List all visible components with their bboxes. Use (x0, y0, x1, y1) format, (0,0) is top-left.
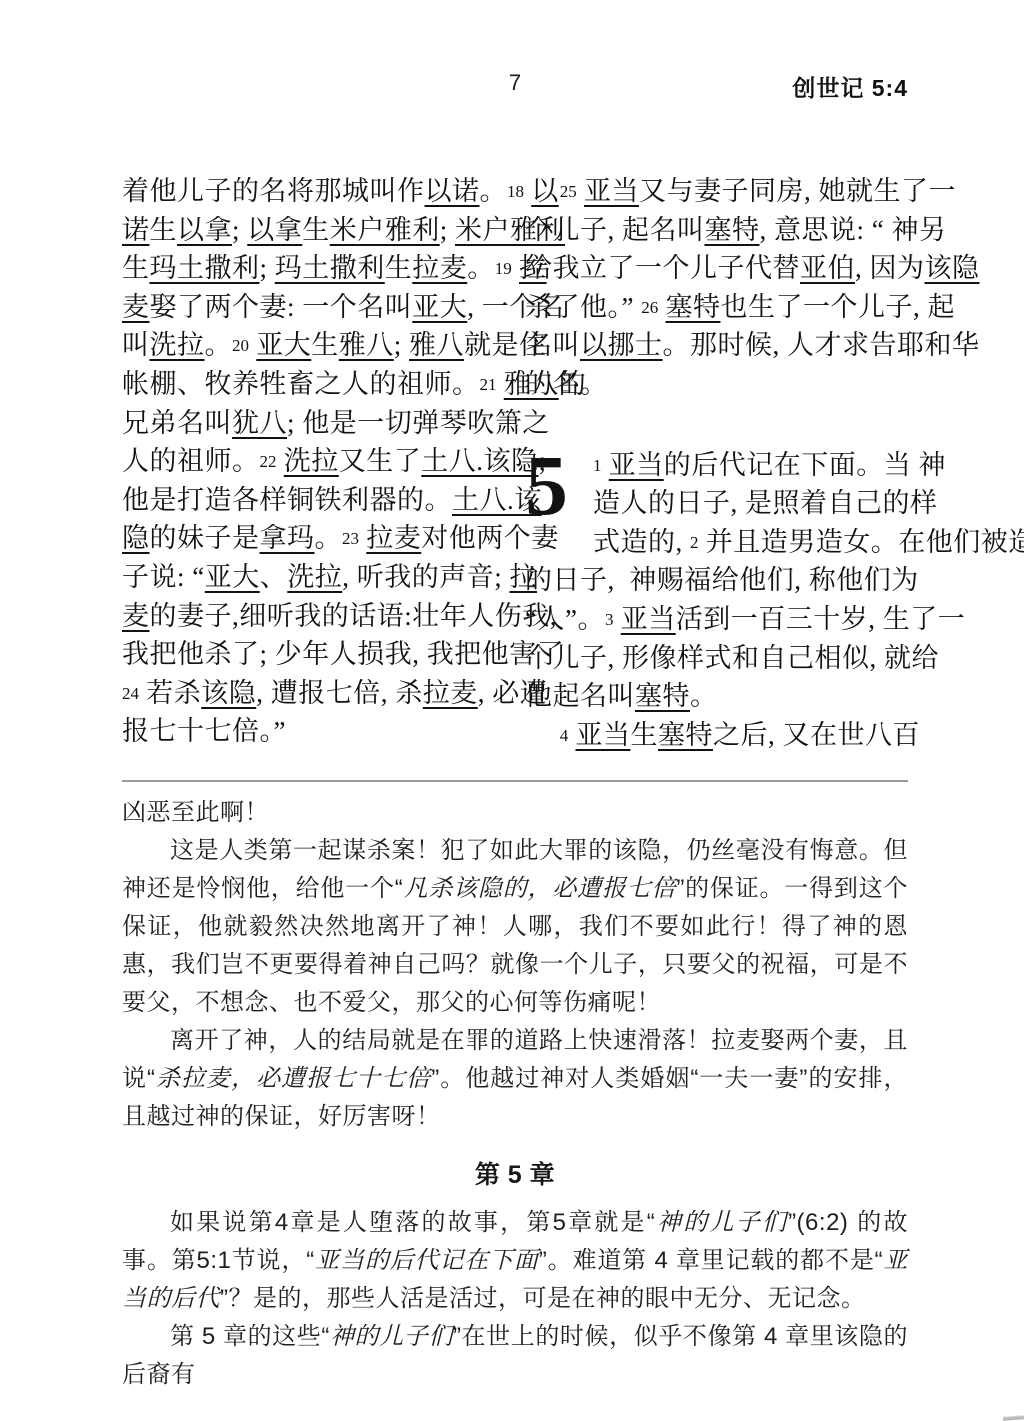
scripture-line: 给我立了一个儿子代替亚伯, 因为该隐 (525, 249, 908, 288)
scripture-two-column-block: 着他儿子的名将那城叫作以诺。18 以诺生以拿; 以拿生米户雅利; 米户雅利生玛土… (122, 172, 908, 754)
chapter-5-block: 5 1 亚当的后代记在下面。当 神造人的日子, 是照着自己的样式造的, 2 并且… (525, 446, 908, 755)
scripture-line: 我把他杀了; 少年人损我, 我把他害了 (122, 635, 505, 674)
scripture-right-column: 25 亚当又与妻子同房, 她就生了一个儿子, 起名叫塞特, 意思说: “ 神另给… (525, 172, 908, 754)
scripture-line: 子说: “亚大、洗拉, 听我的声音; 拉 (122, 558, 505, 597)
proper-name: 玛土撒利 (275, 253, 385, 283)
commentary-chapter-heading: 第 5 章 (122, 1156, 908, 1194)
proper-name: 塞特 (665, 292, 720, 322)
chapter-number-drop-cap: 5 (525, 450, 583, 524)
commentary-paragraphs: 凶恶至此啊！这是人类第一起谋杀案！犯了如此大罪的该隐，仍丝毫没有悔意。但神还是怜… (122, 794, 908, 1136)
proper-name: 拉麦 (366, 523, 421, 553)
proper-name: 以诺 (425, 176, 480, 206)
scripture-line: 隐的妹子是拿玛。23 拉麦对他两个妻 (122, 519, 505, 558)
proper-name: 麦 (122, 601, 150, 631)
verse-number: 1 (593, 456, 602, 475)
commentary-section: 凶恶至此啊！这是人类第一起谋杀案！犯了如此大罪的该隐，仍丝毫没有悔意。但神还是怜… (122, 794, 908, 1394)
kai-quoted-text: 凡杀该隐的，必遭报七倍 (403, 876, 676, 902)
proper-name: 亚大 (256, 330, 311, 360)
kai-quoted-text: 神的儿子们 (655, 1210, 788, 1236)
proper-name: 以拿 (247, 215, 302, 245)
proper-name: 亚大 (205, 562, 260, 592)
scripture-line: 杀了他。” 26 塞特也生了一个儿子, 起 (525, 288, 908, 327)
scripture-line: 他是打造各样铜铁利器的。土八.该 (122, 481, 505, 520)
commentary-chapter-paragraphs: 如果说第4章是人堕落的故事，第5章就是“神的儿子们”(6:2) 的故事。第5:1… (122, 1204, 908, 1394)
scripture-line: 4 亚当生塞特之后, 又在世八百 (525, 716, 908, 755)
scripture-line: 的名。 (525, 365, 908, 404)
scripture-line: “人”。3 亚当活到一百三十岁, 生了一 (525, 600, 908, 639)
verse-number: 19 (495, 259, 512, 278)
proper-name: 亚当 (621, 604, 676, 634)
commentary-paragraph: 离开了神，人的结局就是在罪的道路上快速滑落！拉麦娶两个妻，且说“杀拉麦，必遭报七… (122, 1022, 908, 1136)
verse-number: 20 (232, 336, 249, 355)
verse-number: 4 (560, 726, 569, 745)
proper-name: 麦 (122, 292, 150, 322)
kai-quoted-text: 杀拉麦，必遭报七十七倍 (156, 1066, 432, 1092)
proper-name: 拉麦 (423, 678, 478, 708)
kai-quoted-text: 亚当的后代记在下面 (315, 1248, 539, 1274)
scripture-line: 的日子, 神赐福给他们, 称他们为 (525, 561, 908, 600)
proper-name: 亚当 (576, 720, 631, 750)
proper-name: 亚大 (412, 292, 467, 322)
scripture-line: 兄弟名叫犹八; 他是一切弹琴吹箫之 (122, 404, 505, 443)
scripture-line: 麦的妻子,细听我的话语:壮年人伤我, (122, 597, 505, 636)
kai-quoted-text: 神的儿子们 (330, 1324, 453, 1350)
commentary-paragraph: 第 5 章的这些“神的儿子们”在世上的时候，似乎不像第 4 章里该隐的后裔有 (122, 1318, 908, 1394)
verse-number: 23 (342, 529, 359, 548)
proper-name: 洗拉 (284, 446, 339, 476)
proper-name: 玛土撒利 (150, 253, 260, 283)
proper-name: 塞特 (705, 215, 760, 245)
verse-number: 22 (260, 452, 277, 471)
verse-number: 3 (605, 610, 614, 629)
bible-page: 7 创世记 5:4 着他儿子的名将那城叫作以诺。18 以诺生以拿; 以拿生米户雅… (0, 0, 1024, 1421)
proper-name: 塞特 (658, 720, 713, 750)
proper-name: 亚伯 (800, 253, 855, 283)
scripture-line: 25 亚当又与妻子同房, 她就生了一 (525, 172, 908, 211)
proper-name: 亚当 (609, 450, 664, 480)
scripture-line: 帐棚、牧养牲畜之人的祖师。21 雅八的 (122, 365, 505, 404)
scripture-left-column: 着他儿子的名将那城叫作以诺。18 以诺生以拿; 以拿生米户雅利; 米户雅利生玛土… (122, 172, 505, 754)
commentary-paragraph: 凶恶至此啊！ (122, 794, 908, 832)
proper-name: 诺 (122, 215, 150, 245)
proper-name: 拿玛 (260, 523, 315, 553)
proper-name: 洗拉 (287, 562, 342, 592)
scripture-line: 式造的, 2 并且造男造女。在他们被造 (525, 523, 908, 562)
scripture-line: 名叫以挪士。那时候, 人才求告耶和华 (525, 326, 908, 365)
proper-name: 以拿 (177, 215, 232, 245)
proper-name: 米户雅利 (330, 215, 440, 245)
scripture-line: 报七十七倍。” (122, 712, 505, 751)
scripture-line: 麦娶了两个妻: 一个名叫亚大, 一个名 (122, 288, 505, 327)
proper-name: 该隐 (925, 253, 980, 283)
verse-number: 18 (507, 182, 524, 201)
verse-number: 26 (641, 298, 658, 317)
proper-name: 亚当 (584, 176, 639, 206)
page-number: 7 (122, 70, 908, 96)
scripture-line: 叫洗拉。20 亚大生雅八; 雅八就是住 (122, 326, 505, 365)
scripture-line: 诺生以拿; 以拿生米户雅利; 米户雅利 (122, 211, 505, 250)
scripture-line: 人的祖师。22 洗拉又生了土八.该隐; (122, 442, 505, 481)
page-content: 7 创世记 5:4 着他儿子的名将那城叫作以诺。18 以诺生以拿; 以拿生米户雅… (122, 70, 908, 1394)
verse-number: 25 (560, 182, 577, 201)
proper-name: 雅八 (409, 330, 464, 360)
proper-name: 洗拉 (150, 330, 205, 360)
proper-name: 拉麦 (412, 253, 467, 283)
commentary-paragraph: 这是人类第一起谋杀案！犯了如此大罪的该隐，仍丝毫没有悔意。但神还是怜悯他，给他一… (122, 832, 908, 1022)
proper-name: 雅八 (339, 330, 394, 360)
commentary-paragraph: 如果说第4章是人堕落的故事，第5章就是“神的儿子们”(6:2) 的故事。第5:1… (122, 1204, 908, 1318)
proper-name: 以挪士 (580, 330, 663, 360)
scripture-line: 个儿子, 形像样式和自己相似, 就给 (525, 639, 908, 678)
verse-paragraph: 25 亚当又与妻子同房, 她就生了一个儿子, 起名叫塞特, 意思说: “ 神另给… (525, 172, 908, 404)
book-chapter-verse-reference: 创世记 5:4 (792, 70, 908, 103)
scripture-line: 个儿子, 起名叫塞特, 意思说: “ 神另 (525, 211, 908, 250)
scripture-line: 24 若杀该隐, 遭报七倍, 杀拉麦, 必遭 (122, 674, 505, 713)
section-divider-rule (122, 780, 908, 782)
proper-name: 该隐 (201, 678, 256, 708)
proper-name: 塞特 (635, 681, 690, 711)
running-header: 7 创世记 5:4 (122, 70, 908, 98)
scan-corner-artifact (1003, 1415, 1024, 1421)
proper-name: 隐 (122, 523, 150, 553)
proper-name: 犹八 (232, 408, 287, 438)
scripture-line: 他起名叫塞特。 (525, 677, 908, 716)
verse-number: 24 (122, 684, 139, 703)
verse-number: 21 (480, 375, 497, 394)
verse-number: 2 (690, 533, 699, 552)
proper-name: 土八.该隐 (421, 446, 538, 476)
scripture-line: 着他儿子的名将那城叫作以诺。18 以 (122, 172, 505, 211)
scripture-line: 生玛土撒利; 玛土撒利生拉麦。19 拉 (122, 249, 505, 288)
